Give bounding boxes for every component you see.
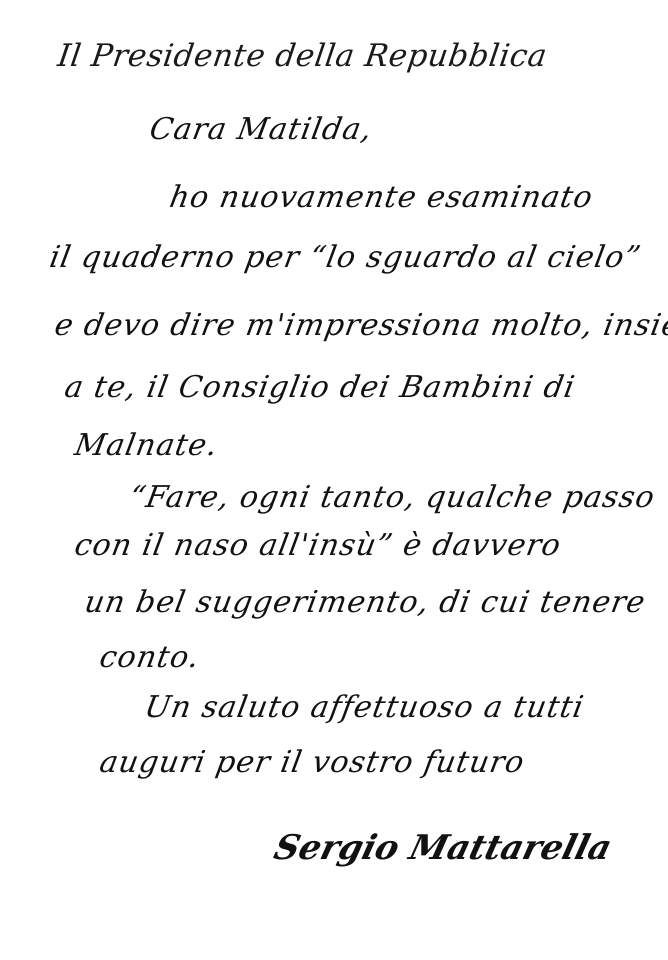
letter-line: il quaderno per “lo sguardo al cielo” <box>47 240 644 275</box>
salutation: Cara Matilda, <box>147 112 375 147</box>
letter-line: auguri per il vostro futuro <box>97 745 528 780</box>
letter-line: “Fare, ogni tanto, qualche passo <box>127 480 658 515</box>
letter-line: conto. <box>97 640 202 675</box>
letter-line: un bel suggerimento, di cui tenere <box>82 585 649 620</box>
signature: Sergio Mattarella <box>270 828 616 868</box>
letter-line: Un saluto affettuoso a tutti <box>142 690 587 725</box>
letter-line: con il naso all'insù” è davvero <box>72 528 564 563</box>
letter-line: e devo dire m'impressiona molto, insieme <box>52 308 668 343</box>
letter-line: a te, il Consiglio dei Bambini di <box>62 370 578 405</box>
letter-line: Malnate. <box>72 428 221 463</box>
letterhead-title: Il Presidente della Repubblica <box>55 38 549 74</box>
letter-line: ho nuovamente esaminato <box>167 180 596 215</box>
